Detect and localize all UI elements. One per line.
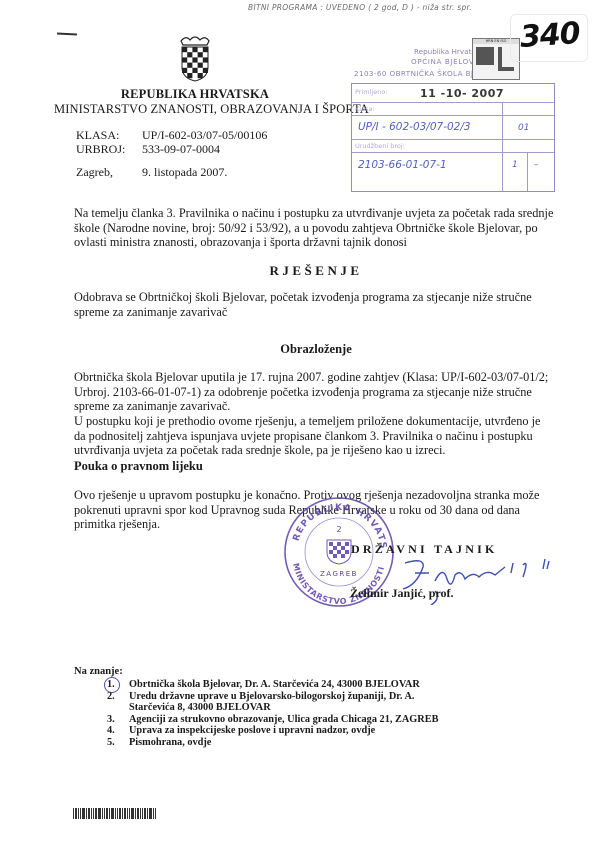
distribution-item: 1. Obrtnička škola Bjelovar, Dr. A. Star…: [107, 679, 459, 691]
stamp-urbroj-label: Urudžbeni broj:: [355, 142, 405, 150]
ministry-heading: MINISTARSTVO ZNANOSTI, OBRAZOVANJA I ŠPO…: [54, 102, 369, 117]
stamp-urbroj-count: 1: [512, 160, 518, 170]
barcode: [73, 808, 156, 819]
handwritten-note: BITNI PROGRAMA : UVEDENO ( 2 god, D ) - …: [248, 3, 472, 12]
decision-title: RJEŠENJE: [0, 263, 600, 279]
place: Zagreb,: [76, 165, 113, 180]
reasoning-title: Obrazloženje: [0, 342, 600, 357]
distribution-label: Na znanje:: [74, 666, 123, 677]
intro-paragraph: Na temelju članka 3. Pravilnika o načinu…: [74, 206, 554, 250]
croatian-coat-of-arms-icon: [178, 34, 212, 82]
handwritten-page-number: 340: [519, 16, 581, 55]
urbroj-label: URBROJ:: [76, 142, 125, 157]
distribution-item: 2. Uredu državne uprave u Bjelovarsko-bi…: [107, 691, 459, 714]
svg-text:ZAGREB: ZAGREB: [320, 570, 358, 578]
received-stamp: Primljeno: 11 -10- 2007 Klasa: UP/I - 60…: [351, 83, 555, 192]
distribution-list: 1. Obrtnička škola Bjelovar, Dr. A. Star…: [107, 679, 459, 749]
klasa-label: KLASA:: [76, 128, 119, 143]
pen-mark: [57, 32, 77, 35]
reasoning-paragraph-1: Obrtnička škola Bjelovar uputila je 17. …: [74, 370, 554, 414]
country-heading: REPUBLIKA HRVATSKA: [0, 87, 390, 102]
reasoning-paragraph-2: U postupku koji je prethodio ovome rješe…: [74, 414, 554, 458]
decision-text: Odobrava se Obrtničkoj školi Bjelovar, p…: [74, 290, 554, 319]
received-label: Primljeno:: [355, 88, 388, 96]
received-date: 11 -10- 2007: [420, 87, 504, 100]
stamp-klasa-code: 01: [518, 123, 529, 133]
urbroj-value: 533-09-07-0004: [142, 142, 220, 157]
distribution-item: 4. Uprava za inspekcijeske poslove i upr…: [107, 725, 459, 737]
stamp-klasa-label: Klasa:: [355, 105, 375, 113]
date: 9. listopada 2007.: [142, 165, 227, 180]
klasa-value: UP/I-602-03/07-05/00106: [142, 128, 267, 143]
stamp-urbroj-value: 2103-66-01-07-1: [358, 159, 447, 171]
distribution-item: 3. Agenciji za strukovno obrazovanje, Ul…: [107, 714, 459, 726]
iso-figure-icon: [476, 47, 494, 65]
legal-remedy-title: Pouka o pravnom lijeku: [74, 459, 203, 474]
stamp-urbroj-extra: –: [534, 160, 539, 170]
stamp-klasa-value: UP/I - 602-03/07-02/3: [358, 121, 471, 133]
svg-text:2: 2: [336, 525, 341, 534]
signatory-name: Želimir Janjić, prof.: [350, 586, 454, 601]
distribution-item: 5. Pismohrana, ovdje: [107, 737, 459, 749]
